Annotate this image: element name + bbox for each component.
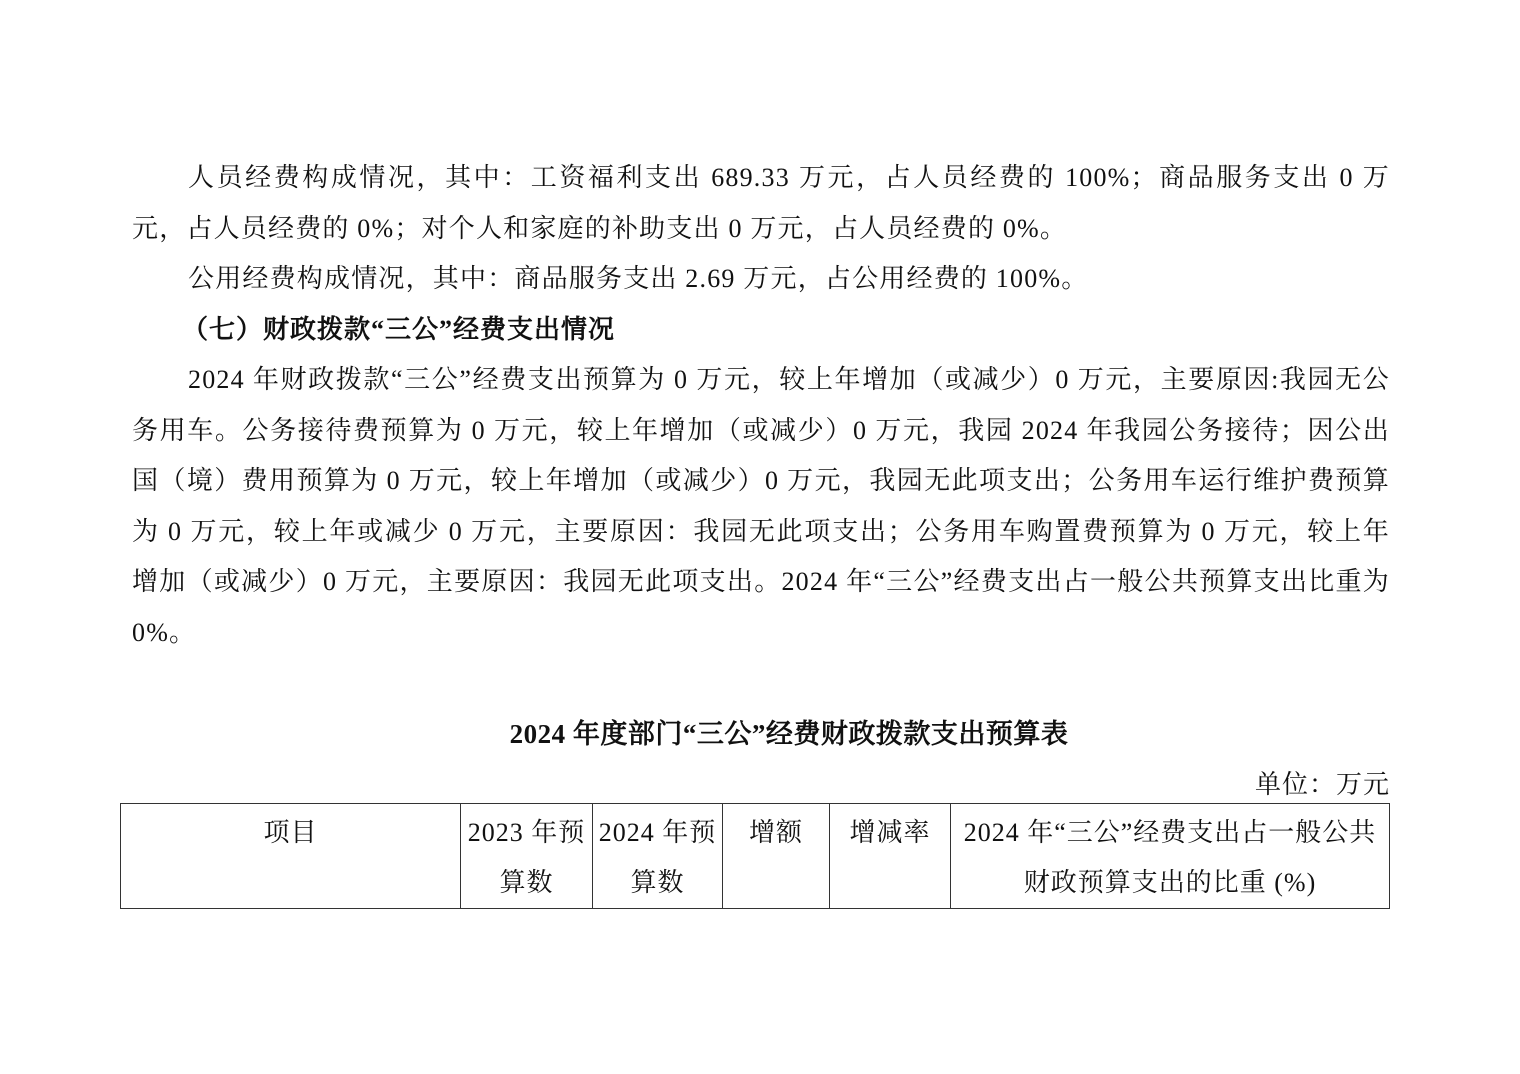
header-item: 项目: [121, 804, 461, 909]
unit-label: 单位：万元: [1255, 764, 1390, 801]
table-title: 2024 年度部门“三公”经费财政拨款支出预算表: [0, 712, 1520, 751]
document-page: 人员经费构成情况，其中：工资福利支出 689.33 万元，占人员经费的 100%…: [0, 0, 1520, 1074]
header-budget-2023: 2023 年预算数: [461, 804, 593, 909]
section-heading: （七）财政拨款“三公”经费支出情况: [132, 305, 1390, 356]
header-change-rate: 增减率: [830, 804, 951, 909]
paragraph-public-expenses: 公用经费构成情况，其中：商品服务支出 2.69 万元，占公用经费的 100%。: [132, 254, 1390, 305]
paragraph-three-public-expenses: 2024 年财政拨款“三公”经费支出预算为 0 万元，较上年增加（或减少）0 万…: [132, 355, 1390, 658]
paragraph-personnel-expenses: 人员经费构成情况，其中：工资福利支出 689.33 万元，占人员经费的 100%…: [132, 153, 1390, 254]
header-increase: 增额: [723, 804, 830, 909]
body-text-top: 人员经费构成情况，其中：工资福利支出 689.33 万元，占人员经费的 100%…: [132, 153, 1390, 658]
budget-table: 项目 2023 年预算数 2024 年预算数 增额 增减率 2024 年“三公”…: [120, 803, 1390, 909]
header-budget-2024: 2024 年预算数: [593, 804, 723, 909]
table-header-row: 项目 2023 年预算数 2024 年预算数 增额 增减率 2024 年“三公”…: [121, 804, 1390, 909]
header-share-of-budget: 2024 年“三公”经费支出占一般公共财政预算支出的比重 (%): [951, 804, 1390, 909]
